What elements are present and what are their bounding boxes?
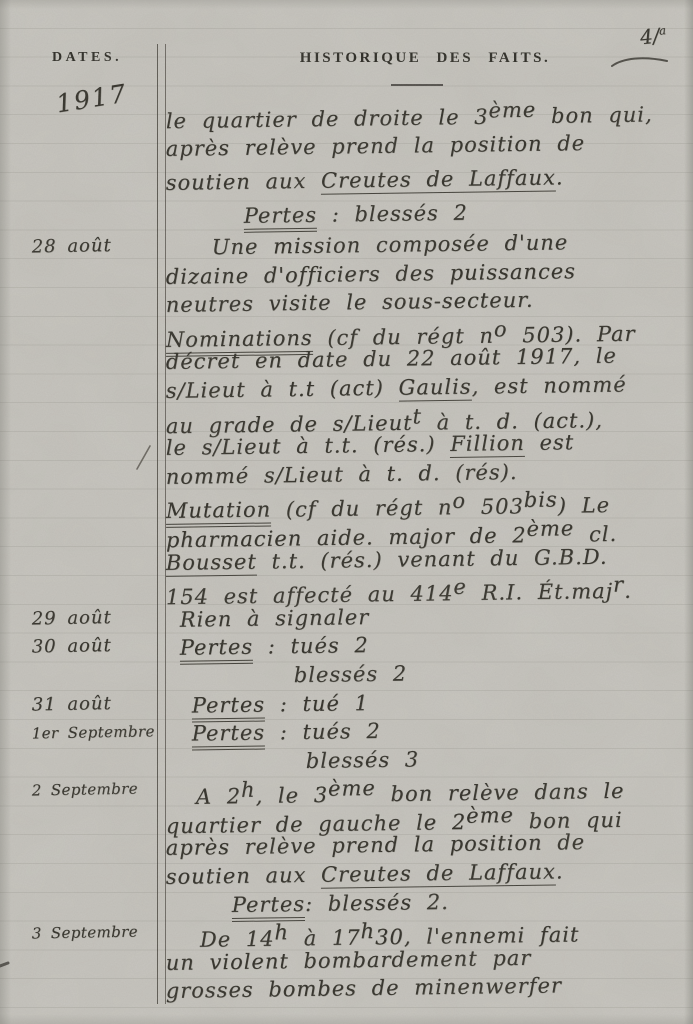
entry-date xyxy=(0,746,160,777)
entry-date xyxy=(0,129,160,166)
entry-date xyxy=(0,803,160,834)
entry-date xyxy=(0,317,160,348)
entry-date: 1er Septembre xyxy=(0,717,160,748)
entry-date xyxy=(0,403,160,434)
journal-page: DATES. HISTORIQUE DES FAITS. 4/a 1917 le… xyxy=(0,0,693,1024)
entry-date xyxy=(0,889,160,920)
entry-date: 31 août xyxy=(0,689,160,720)
entry-date xyxy=(0,288,160,319)
diary-row: grosses bombes de minenwerfer xyxy=(0,977,693,1006)
entry-text: grosses bombes de minenwerfer xyxy=(160,970,693,1006)
entry-date xyxy=(0,95,160,132)
entry-date: 28 août xyxy=(0,231,160,262)
entry-date xyxy=(0,431,160,462)
historique-column-header: HISTORIQUE DES FAITS. xyxy=(175,50,675,67)
entry-date: 30 août xyxy=(0,632,160,663)
entry-date xyxy=(0,975,160,1006)
entry-date xyxy=(0,946,160,977)
entry-date xyxy=(0,574,160,605)
entry-date: 3 Septembre xyxy=(0,917,160,948)
entry-date xyxy=(0,546,160,577)
dates-column-header: DATES. xyxy=(52,50,122,66)
diary-rows: le quartier de droite le 3ème bon qui,ap… xyxy=(0,98,693,1006)
entry-date xyxy=(0,489,160,520)
entry-date xyxy=(0,346,160,377)
entry-date xyxy=(0,460,160,491)
entry-date xyxy=(0,197,160,234)
entry-date xyxy=(0,832,160,863)
entry-date xyxy=(0,517,160,548)
entry-date xyxy=(0,163,160,200)
entry-date xyxy=(0,374,160,405)
entry-date xyxy=(0,660,160,691)
entry-date: 2 Septembre xyxy=(0,774,160,805)
folio-annotation: 4/a xyxy=(639,23,668,50)
folio-flourish-mark xyxy=(609,52,671,70)
header-rule xyxy=(391,84,443,86)
entry-date xyxy=(0,860,160,891)
entry-date: 29 août xyxy=(0,603,160,634)
entry-date xyxy=(0,260,160,291)
